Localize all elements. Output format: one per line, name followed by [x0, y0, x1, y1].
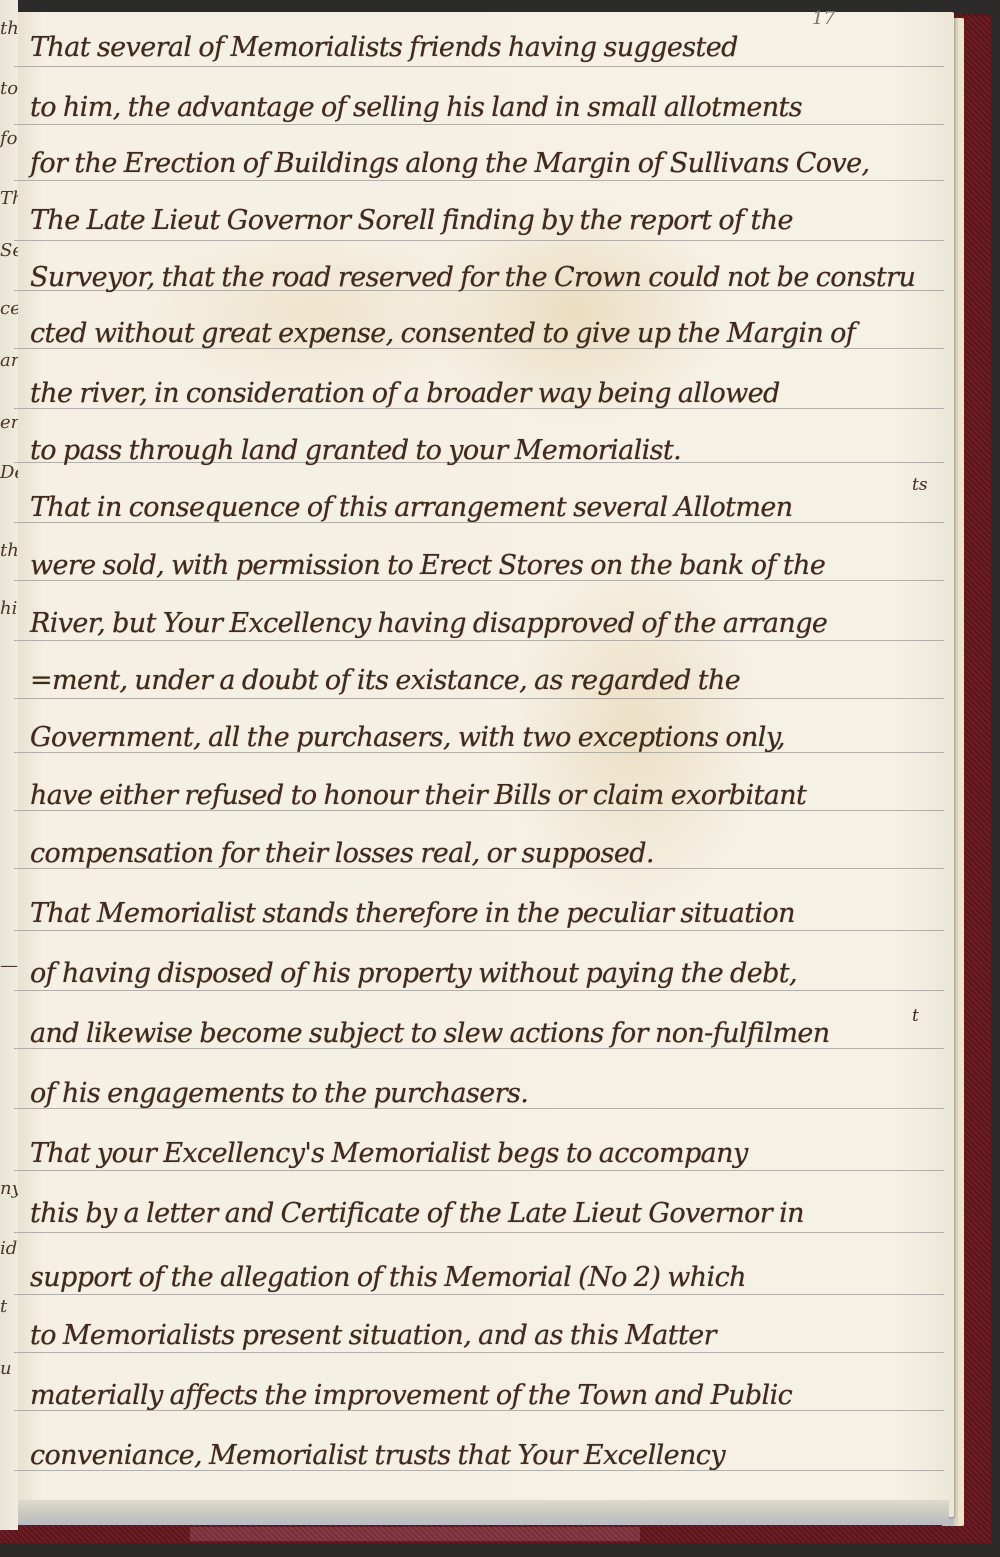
manuscript-line: River, but Your Excellency having disapp…: [30, 608, 940, 639]
ruled-line: [14, 124, 944, 125]
ruled-line: [14, 1294, 944, 1295]
ruled-line: [14, 1232, 944, 1233]
page-bottom-edge: [14, 1500, 949, 1525]
facing-fragment: en: [0, 412, 18, 433]
facing-fragment: t: [0, 1296, 18, 1317]
manuscript-line: That your Excellency's Memorialist begs …: [30, 1138, 940, 1169]
manuscript-line: to Memorialists present situation, and a…: [30, 1320, 940, 1351]
manuscript-line: of having disposed of his property witho…: [30, 958, 940, 989]
facing-fragment: —: [0, 955, 18, 976]
facing-fragment: u: [0, 1358, 18, 1379]
manuscript-line: for the Erection of Buildings along the …: [30, 148, 940, 179]
manuscript-line: That several of Memorialists friends hav…: [30, 32, 940, 63]
manuscript-line: the river, in consideration of a broader…: [30, 378, 940, 409]
manuscript-line: materially affects the improvement of th…: [30, 1380, 940, 1411]
facing-fragment: Se: [0, 240, 18, 261]
ruled-line: [14, 1352, 944, 1353]
manuscript-line: have either refused to honour their Bill…: [30, 780, 940, 811]
facing-fragment: th: [0, 18, 18, 39]
manuscript-line: support of the allegation of this Memori…: [30, 1262, 940, 1293]
manuscript-line: to him, the advantage of selling his lan…: [30, 92, 940, 123]
ruled-line: [14, 640, 944, 641]
facing-page-edge: th to fo Th Se ce an en De th hi — ny id…: [0, 0, 18, 1530]
manuscript-line: and likewise become subject to slew acti…: [30, 1018, 940, 1049]
facing-fragment: id: [0, 1238, 18, 1259]
superscript-insertion: ts: [912, 475, 928, 495]
binding-wear-patch: [190, 1527, 640, 1541]
ruled-line: [14, 1170, 944, 1171]
manuscript-line: =ment, under a doubt of its existance, a…: [30, 665, 940, 696]
facing-fragment: an: [0, 350, 18, 371]
manuscript-scan: th to fo Th Se ce an en De th hi — ny id…: [0, 0, 1000, 1557]
facing-fragment: fo: [0, 128, 18, 149]
manuscript-line: this by a letter and Certificate of the …: [30, 1198, 940, 1229]
facing-fragment: ny: [0, 1178, 18, 1199]
facing-fragment: De: [0, 462, 18, 483]
superscript-insertion: t: [912, 1006, 919, 1026]
facing-fragment: Th: [0, 188, 18, 209]
ruled-line: [14, 66, 944, 67]
facing-fragment: th: [0, 540, 18, 561]
manuscript-line: to pass through land granted to your Mem…: [30, 435, 940, 466]
ruled-line: [14, 180, 944, 181]
manuscript-line: cted without great expense, consented to…: [30, 318, 940, 349]
manuscript-line: That Memorialist stands therefore in the…: [30, 898, 940, 929]
ruled-line: [14, 698, 944, 699]
manuscript-line: of his engagements to the purchasers.: [30, 1078, 940, 1109]
manuscript-line: compensation for their losses real, or s…: [30, 838, 940, 869]
facing-fragment: to: [0, 78, 18, 99]
manuscript-line: That in consequence of this arrangement …: [30, 492, 940, 523]
manuscript-line: The Late Lieut Governor Sorell finding b…: [30, 205, 940, 236]
manuscript-line: conveniance, Memorialist trusts that You…: [30, 1440, 940, 1471]
facing-fragment: ce: [0, 298, 18, 319]
page-number: 17: [812, 8, 835, 29]
manuscript-line: were sold, with permission to Erect Stor…: [30, 550, 940, 581]
manuscript-line: Surveyor, that the road reserved for the…: [30, 262, 940, 293]
ruled-line: [14, 990, 944, 991]
facing-fragment: hi: [0, 598, 18, 619]
ruled-line: [14, 240, 944, 241]
manuscript-line: Government, all the purchasers, with two…: [30, 722, 940, 753]
ruled-line: [14, 930, 944, 931]
